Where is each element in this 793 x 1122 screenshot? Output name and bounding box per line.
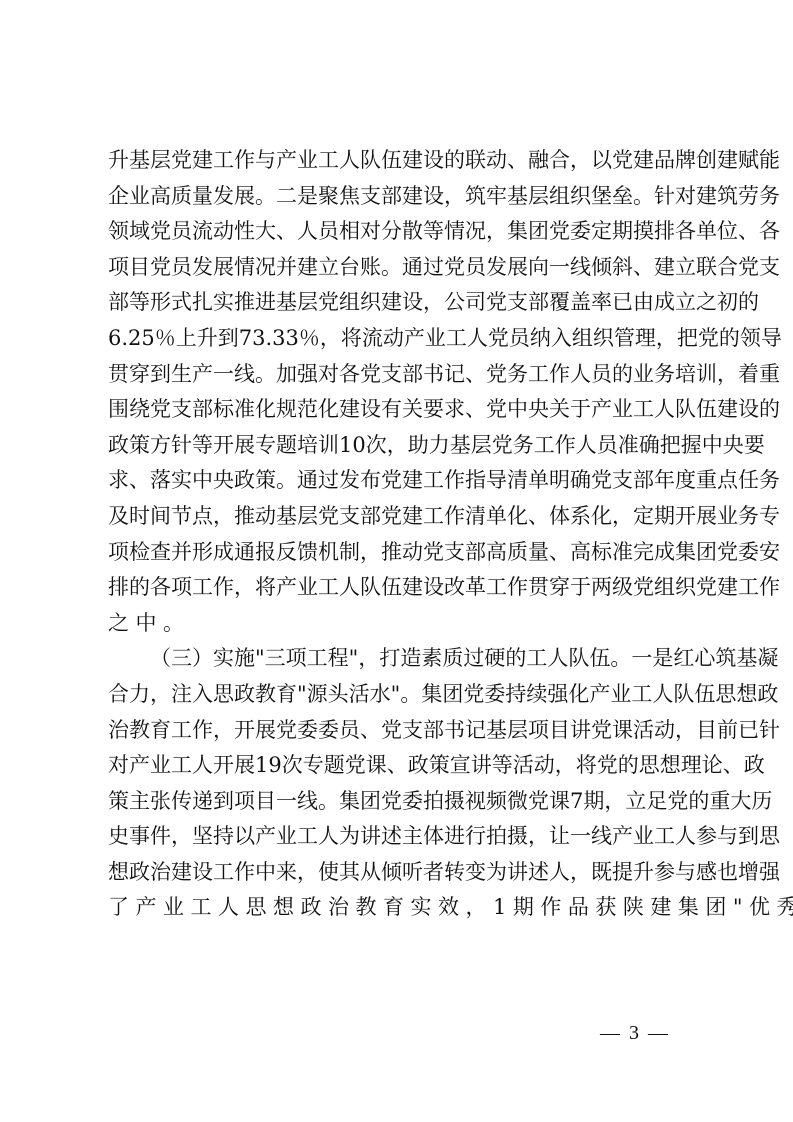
text-line: 6.25％上升到 73.33％，将流动产业工人党员纳入组织管理，把党的领导	[108, 321, 691, 357]
text-line: 治教育工作，开展党委委员、党支部书记基层项目讲党课活动，目前已针	[108, 713, 691, 749]
page-number: — 3 —	[600, 1022, 670, 1045]
paragraph-party-branch-building: 升基层党建工作与产业工人队伍建设的联动、融合，以党建品牌创建赋能企业高质量发展。…	[108, 143, 691, 641]
text-line: 求、落实中央政策。通过发布党建工作指导清单明确党支部年度重点任务	[108, 463, 691, 499]
text-line: 之中。	[108, 606, 691, 642]
text-line: 合力，注入思政教育"源头活水"。集团党委持续强化产业工人队伍思想政	[108, 677, 691, 713]
document-page: 升基层党建工作与产业工人队伍建设的联动、融合，以党建品牌创建赋能企业高质量发展。…	[0, 0, 793, 1122]
text-line: 及时间节点，推动基层党支部党建工作清单化、体系化，定期开展业务专	[108, 499, 691, 535]
text-line: 排的各项工作，将产业工人队伍建设改革工作贯穿于两级党组织党建工作	[108, 570, 691, 606]
text-line: 史事件，坚持以产业工人为讲述主体进行拍摄，让一线产业工人参与到思	[108, 819, 691, 855]
text-line: （三）实施"三项工程"，打造素质过硬的工人队伍。一是红心筑基凝	[108, 641, 691, 677]
text-line: 想政治建设工作中来，使其从倾听者转变为讲述人，既提升参与感也增强	[108, 855, 691, 891]
text-line: 部等形式扎实推进基层党组织建设，公司党支部覆盖率已由成立之初的	[108, 285, 691, 321]
text-line: 项目党员发展情况并建立台账。通过党员发展向一线倾斜、建立联合党支	[108, 250, 691, 286]
body-text: 升基层党建工作与产业工人队伍建设的联动、融合，以党建品牌创建赋能企业高质量发展。…	[108, 143, 691, 926]
text-line: 贯穿到生产一线。加强对各党支部书记、党务工作人员的业务培训，着重	[108, 357, 691, 393]
text-line: 政策方针等开展专题培训 10 次，助力基层党务工作人员准确把握中央要	[108, 428, 691, 464]
text-line: 领域党员流动性大、人员相对分散等情况，集团党委定期摸排各单位、各	[108, 214, 691, 250]
text-line: 了产业工人思想政治教育实效，1 期作品获陕建集团"优秀微党课"表彰。	[108, 890, 691, 926]
text-line: 项检查并形成通报反馈机制，推动党支部高质量、高标准完成集团党委安	[108, 535, 691, 571]
text-line: 策主张传递到项目一线。集团党委拍摄视频微党课 7 期，立足党的重大历	[108, 784, 691, 820]
text-line: 升基层党建工作与产业工人队伍建设的联动、融合，以党建品牌创建赋能	[108, 143, 691, 179]
paragraph-three-projects: （三）实施"三项工程"，打造素质过硬的工人队伍。一是红心筑基凝合力，注入思政教育…	[108, 641, 691, 926]
text-line: 企业高质量发展。二是聚焦支部建设，筑牢基层组织堡垒。针对建筑劳务	[108, 179, 691, 215]
text-line: 对产业工人开展 19 次专题党课、政策宣讲等活动，将党的思想理论、政	[108, 748, 691, 784]
text-line: 围绕党支部标准化规范化建设有关要求、党中央关于产业工人队伍建设的	[108, 392, 691, 428]
